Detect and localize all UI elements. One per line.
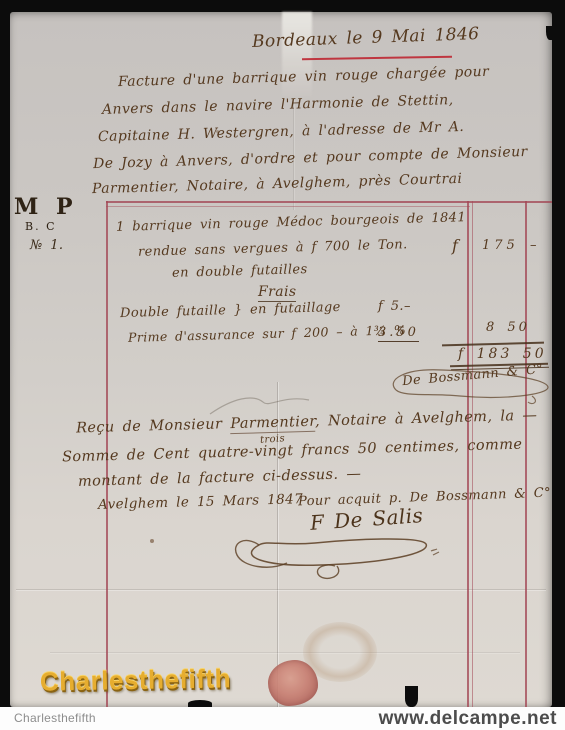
currency-mark: f bbox=[452, 236, 458, 255]
tape-mark bbox=[282, 12, 312, 100]
receipt-line-1-prefix: Reçu de Monsieur bbox=[76, 416, 223, 436]
fold-crease-horizontal bbox=[50, 652, 520, 653]
ruling-line-top bbox=[106, 201, 552, 203]
frais-heading: Frais bbox=[258, 284, 296, 302]
frais-line-1: Double futaille } en futaillage bbox=[120, 300, 341, 321]
invoice-line-3: en double futailles bbox=[172, 262, 308, 281]
receipt-payer-name: Parmentier bbox=[230, 414, 315, 434]
listing-image: Bordeaux le 9 Mai 1846 Facture d'une bar… bbox=[0, 0, 565, 730]
footer-watermark-text: Charlesthefifth bbox=[14, 711, 96, 725]
ruling-line-amount-b bbox=[472, 201, 473, 707]
letter-body-line: De Jozy à Anvers, d'ordre et pour compte… bbox=[93, 144, 528, 172]
receipt-line-2: Somme de Cent quatre-vingt francs 50 cen… bbox=[62, 437, 523, 466]
invoice-line-1: 1 barrique vin rouge Médoc bourgeois de … bbox=[116, 210, 466, 235]
document-photo[interactable]: Bordeaux le 9 Mai 1846 Facture d'une bar… bbox=[10, 12, 552, 707]
letter-body-line: Anvers dans le navire l'Harmonie de Stet… bbox=[102, 92, 454, 118]
invoice-line-2: rendue sans vergues à f 700 le Ton. bbox=[138, 237, 408, 260]
stamp-initials: M P bbox=[14, 194, 78, 220]
stamp-number: № 1. bbox=[30, 238, 63, 253]
ink-dot bbox=[150, 539, 154, 543]
stamp-sub: B. C bbox=[25, 220, 57, 233]
seller-watermark: Charlesthefifth bbox=[40, 663, 231, 697]
ink-dot bbox=[216, 130, 219, 133]
paper-edge-notch bbox=[188, 700, 212, 707]
receipt-acquit: Pour acquit p. De Bossmann & C° bbox=[298, 486, 551, 510]
paper-edge-notch bbox=[546, 26, 552, 40]
letter-body-line: Capitaine H. Westergren, à l'adresse de … bbox=[98, 119, 465, 145]
signature-flourish bbox=[225, 517, 445, 579]
receipt-place-date: Avelghem le 15 Mars 1847 bbox=[98, 491, 303, 513]
frais-value-2: 3.50 bbox=[378, 325, 419, 342]
letter-body-line: Parmentier, Notaire, à Avelghem, près Co… bbox=[92, 171, 463, 197]
ruling-line-right bbox=[525, 201, 527, 707]
frais-amount-2: 8 50 bbox=[486, 320, 530, 335]
receipt-line-3: montant de la facture ci-dessus. — bbox=[78, 466, 362, 490]
frais-amount-1: f 5.– bbox=[378, 299, 411, 314]
frais-line-2: Prime d'assurance sur f 200 – à 1¾ % bbox=[128, 322, 406, 345]
footer-site-text: www.delcampe.net bbox=[379, 708, 557, 730]
ruling-line-top-inner bbox=[106, 206, 470, 207]
receipt-line-1-rest: , Notaire à Avelghem, la — bbox=[315, 408, 538, 430]
receipt-line-2a: Somme de Cent quatre-vingt bbox=[62, 443, 294, 465]
wax-seal-stain bbox=[268, 660, 318, 706]
paper-edge-notch bbox=[405, 686, 418, 707]
date-underline-rule bbox=[302, 56, 452, 61]
receipt-line-2b: francs 50 centimes, comme bbox=[301, 437, 522, 459]
amount-wine: 175 – bbox=[482, 238, 540, 253]
footer-bar: Charlesthefifth www.delcampe.net bbox=[0, 707, 565, 730]
